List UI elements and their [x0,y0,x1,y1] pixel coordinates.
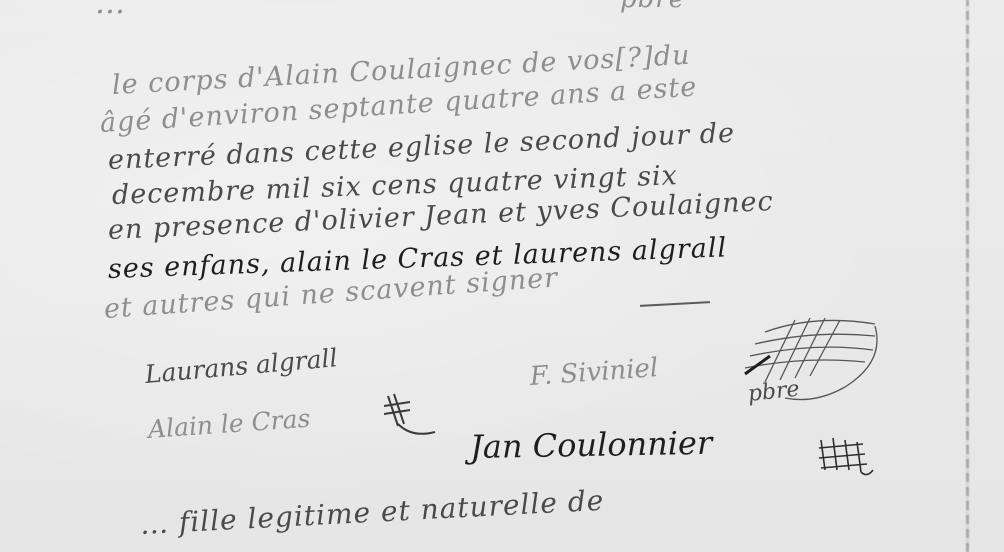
paraph-flourish [735,312,885,407]
signature-jan-coulonnier: Jan Coulonnier [470,424,713,466]
next-entry-fragment: … fille legitime et naturelle de [139,484,605,541]
signature-mark-cross-1 [380,388,440,440]
top-fragment-right: pbre [620,0,685,14]
top-fragment-left: … [95,0,126,21]
signature-laurans-algrall: Laurans algrall [144,343,339,389]
closing-flourish [640,301,710,306]
margin-rule [966,0,969,552]
register-page: … pbre le corps d'Alain Coulaignec de vo… [0,0,1004,552]
signature-priest: F. Siviniel [529,353,659,392]
signature-alain-le-cras: Alain le Cras [147,404,311,444]
signature-mark-cross-2 [815,430,875,480]
